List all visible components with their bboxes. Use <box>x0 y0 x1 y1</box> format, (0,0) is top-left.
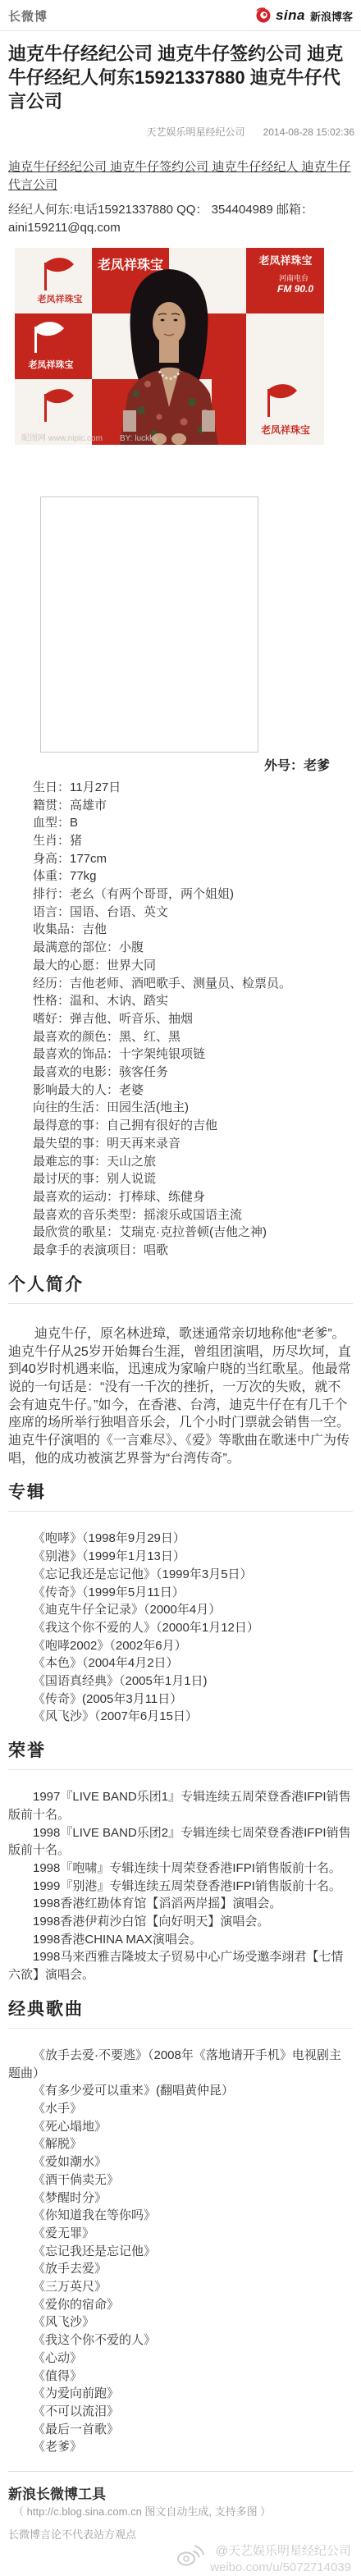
long-weibo-page: 长微博 sina 新浪博客 迪克牛仔经纪公司 迪克牛仔签约公司 迪克牛仔经纪人何… <box>0 0 361 2576</box>
keyword-link[interactable]: 迪克牛仔经纪公司 迪克牛仔签约公司 迪克牛仔经纪人 迪克牛仔代言公司 <box>8 158 353 194</box>
profile-item: 经历：吉他老师、酒吧歌手、测量员、检票员。 <box>8 975 353 993</box>
profile-item: 籍贯：高雄市 <box>8 797 353 815</box>
song-item: 《爱如潮水》 <box>8 2153 353 2171</box>
profile-item: 最得意的事：自己拥有很好的吉他 <box>8 1117 353 1135</box>
profile-item: 影响最大的人：老婆 <box>8 1082 353 1100</box>
song-item: 《爱你的宿命》 <box>8 2296 353 2314</box>
profile-item: 最喜欢的运动：打棒球、练健身 <box>8 1188 353 1206</box>
album-item: 《迪克牛仔全记录》（2000年4月） <box>8 1601 353 1619</box>
song-item: 《酒干倘卖无》 <box>8 2171 353 2189</box>
honor-item: 1998马来西雅吉隆坡太子贸易中心广场受邀李翊君【七情六欲】演唱会。 <box>8 1948 353 1983</box>
svg-text:BY: luckky: BY: luckky <box>120 434 158 443</box>
honor-item: 1999『别港』专辑连续五周荣登香港IFPI销售版前十名。 <box>8 1878 353 1896</box>
sina-blog-wordmark: 新浪博客 <box>310 8 353 24</box>
svg-text:昵图网 www.nipic.com: 昵图网 www.nipic.com <box>21 433 103 443</box>
section-title-bio: 个人简介 <box>8 1271 353 1296</box>
weibo-signature[interactable]: @天艺娱乐明星经纪公司 weibo.com/u/5072714039 <box>8 2543 353 2576</box>
svg-text:老凤祥珠宝: 老凤祥珠宝 <box>29 359 74 370</box>
section-divider <box>8 1769 353 1770</box>
honor-item: 1998『咆啸』专辑连续十周荣登香港IFPI销售版前十名。 <box>8 1860 353 1878</box>
song-item: 《解脱》 <box>8 2135 353 2153</box>
section-title-honors: 荣誉 <box>8 1737 353 1762</box>
weibo-account-url[interactable]: weibo.com/u/5072714039 <box>210 2560 351 2576</box>
profile-item: 最喜欢的电影：骇客任务 <box>8 1064 353 1082</box>
album-item: 《我这个你不爱的人》（2000年1月12日） <box>8 1619 353 1637</box>
photo-watermark: 昵图网 www.nipic.com BY: luckky <box>21 433 158 443</box>
album-item: 《传奇》(2005年3月11日） <box>8 1691 353 1709</box>
profile-item: 体重：77kg <box>8 867 353 885</box>
sina-blog-logo[interactable]: sina 新浪博客 <box>254 7 353 24</box>
album-item: 《忘记我还是忘记他》（1999年3月5日） <box>8 1566 353 1584</box>
profile-item: 最讨厌的事：别人说谎 <box>8 1170 353 1188</box>
artist-photo: 老凤祥珠宝 老凤祥珠宝 河南电台 FM 90.0 老凤祥珠宝 老凤祥珠宝 <box>15 248 324 445</box>
profile-item: 语言：国语、台语、英文 <box>8 904 353 922</box>
profile-item: 最喜欢的颜色：黑、红、黑 <box>8 1028 353 1046</box>
artist-photo-image: 老凤祥珠宝 老凤祥珠宝 河南电台 FM 90.0 老凤祥珠宝 老凤祥珠宝 <box>15 248 324 445</box>
song-item: 《风飞沙》 <box>8 2313 353 2331</box>
honor-item: 1998香港CHINA MAX演唱会。 <box>8 1931 353 1949</box>
svg-text:老凤祥珠宝: 老凤祥珠宝 <box>258 254 312 267</box>
profile-item: 最拿手的表演项目：唱歌 <box>8 1242 353 1260</box>
section-title-albums: 专辑 <box>8 1479 353 1503</box>
honor-item: 1998香港伊莉沙白馆【向好明天】演唱会。 <box>8 1913 353 1931</box>
profile-item: 嗜好：弹吉他、听音乐、抽烟 <box>8 1010 353 1028</box>
disclaimer: 长微博言论不代表站方观点 <box>8 2526 353 2542</box>
profile-item: 排行：老幺（有两个哥哥，两个姐姐) <box>8 885 353 904</box>
contact-info: 经纪人何东:电话15921337880 QQ： 354404989 邮箱： ai… <box>8 201 353 236</box>
song-item: 《水手》 <box>8 2100 353 2118</box>
post-author[interactable]: 天艺娱乐明星经纪公司 <box>147 125 245 139</box>
profile-list: 生日：11月27日籍贯：高雄市血型：B生肖：猪身高：177cm体重：77kg排行… <box>8 779 353 1260</box>
page-type-label: 长微博 <box>8 7 48 25</box>
album-item: 《本色》（2004年4月2日） <box>8 1654 353 1672</box>
svg-text:老凤祥珠宝: 老凤祥珠宝 <box>38 293 83 304</box>
sina-wordmark: sina <box>276 7 305 24</box>
sina-eye-icon <box>254 7 272 24</box>
honor-item: 1997『LIVE BAND乐团1』专辑连续五周荣登香港IFPI销售版前十名。 <box>8 1788 353 1823</box>
profile-item: 最失望的事：明天再来录音 <box>8 1135 353 1153</box>
svg-text:河南电台: 河南电台 <box>279 273 308 282</box>
profile-item: 收集品：吉他 <box>8 921 353 939</box>
header-bar: 长微博 sina 新浪博客 <box>0 0 361 31</box>
profile-item: 生日：11月27日 <box>8 779 353 797</box>
album-list: 《咆哮》（1998年9月29日）《别港》（1999年1月13日）《忘记我还是忘记… <box>8 1530 353 1726</box>
profile-item: 身高：177cm <box>8 850 353 868</box>
song-item: 《心动》 <box>8 2350 353 2368</box>
song-item: 《三万英尺》 <box>8 2278 353 2296</box>
profile-item: 向往的生活：田园生活(地主) <box>8 1099 353 1117</box>
song-item: 《忘记我还是忘记他》 <box>8 2243 353 2261</box>
person-figure <box>120 269 218 445</box>
honor-item: 1998『LIVE BAND乐团2』专辑连续七周荣登香港IFPI销售版前十名。 <box>8 1824 353 1860</box>
album-item: 《别港》（1999年1月13日） <box>8 1548 353 1566</box>
post-title: 迪克牛仔经纪公司 迪克牛仔签约公司 迪克牛仔经纪人何东15921337880 迪… <box>0 31 361 113</box>
honor-list: 1997『LIVE BAND乐团1』专辑连续五周荣登香港IFPI销售版前十名。1… <box>8 1788 353 1984</box>
song-item: 《梦醒时分》 <box>8 2189 353 2208</box>
svg-text:老凤祥珠宝: 老凤祥珠宝 <box>260 423 310 436</box>
profile-item: 最喜欢的音乐类型：摇滚乐或国语主流 <box>8 1206 353 1224</box>
song-item: 《死心塌地》 <box>8 2118 353 2136</box>
album-item: 《传奇》（1999年5月11日） <box>8 1584 353 1602</box>
profile-item: 性格：温和、木讷、踏实 <box>8 992 353 1010</box>
profile-item: 最大的心愿：世界大同 <box>8 957 353 975</box>
section-divider <box>8 1303 353 1304</box>
weibo-icon <box>176 2543 205 2568</box>
profile-item: 最欣赏的歌星：艾瑞克·克拉普顿(吉他之神) <box>8 1224 353 1242</box>
tool-description: （ http://c.blog.sina.com.cn 图文自动生成, 支持多图… <box>13 2503 271 2519</box>
longweibo-tool-link[interactable]: 新浪长微博工具 <box>8 2482 106 2503</box>
post-content: 迪克牛仔经纪公司 迪克牛仔签约公司 迪克牛仔经纪人 迪克牛仔代言公司 经纪人何东… <box>0 158 361 2456</box>
song-item: 《不可以流泪》 <box>8 2403 353 2421</box>
song-item: 《值得》 <box>8 2368 353 2386</box>
album-item: 《咆哮2002》（2002年6月） <box>8 1637 353 1655</box>
section-divider <box>8 1511 353 1512</box>
album-item: 《国语真经典》（2005年1月1日) <box>8 1672 353 1691</box>
song-item: 《你知道我在等你吗》 <box>8 2207 353 2225</box>
song-list: 《放手去爱·不要逃》（2008年《落地请开手机》电视剧主题曲）《有多少爱可以重来… <box>8 2047 353 2456</box>
song-item: 《放手去爱·不要逃》（2008年《落地请开手机》电视剧主题曲） <box>8 2047 353 2082</box>
footer: 新浪长微博工具 （ http://c.blog.sina.com.cn 图文自动… <box>0 2472 361 2576</box>
song-item: 《放手去爱》 <box>8 2260 353 2278</box>
nickname-line: 外号：老爹 <box>8 755 353 774</box>
profile-item: 生肖：猪 <box>8 832 353 850</box>
song-item: 《我这个你不爱的人》 <box>8 2331 353 2350</box>
section-title-songs: 经典歌曲 <box>8 1996 353 2020</box>
song-item: 《老爹》 <box>8 2438 353 2456</box>
song-item: 《有多少爱可以重来》(翻唱黄仲昆） <box>8 2082 353 2100</box>
song-item: 《爱无罪》 <box>8 2225 353 2243</box>
section-divider <box>8 2028 353 2029</box>
post-meta: 天艺娱乐明星经纪公司 2014-08-28 15:02:36 <box>0 113 361 139</box>
honor-item: 1998香港红勘体育馆【滔滔两岸摇】演唱会。 <box>8 1895 353 1913</box>
broken-image-placeholder <box>40 496 258 753</box>
song-item: 《为爱向前跑》 <box>8 2385 353 2403</box>
song-item: 《最后一首歌》 <box>8 2421 353 2439</box>
bio-paragraph: 迪克牛仔，原名林进璋，歌迷通常亲切地称他“老爹”。迪克牛仔从25岁开始舞台生涯，… <box>8 1325 353 1468</box>
profile-item: 血型：B <box>8 814 353 832</box>
svg-text:老凤祥珠宝: 老凤祥珠宝 <box>97 257 163 272</box>
weibo-account-name[interactable]: @天艺娱乐明星经纪公司 <box>210 2543 351 2560</box>
album-item: 《风飞沙》（2007年6月15日） <box>8 1708 353 1726</box>
album-item: 《咆哮》（1998年9月29日） <box>8 1530 353 1548</box>
profile-item: 最难忘的事：天山之旅 <box>8 1153 353 1171</box>
post-datetime: 2014-08-28 15:02:36 <box>263 126 354 138</box>
profile-item: 最喜欢的饰品：十字架纯银项链 <box>8 1045 353 1064</box>
svg-text:FM 90.0: FM 90.0 <box>277 283 313 295</box>
profile-item: 最满意的部位：小腹 <box>8 939 353 957</box>
